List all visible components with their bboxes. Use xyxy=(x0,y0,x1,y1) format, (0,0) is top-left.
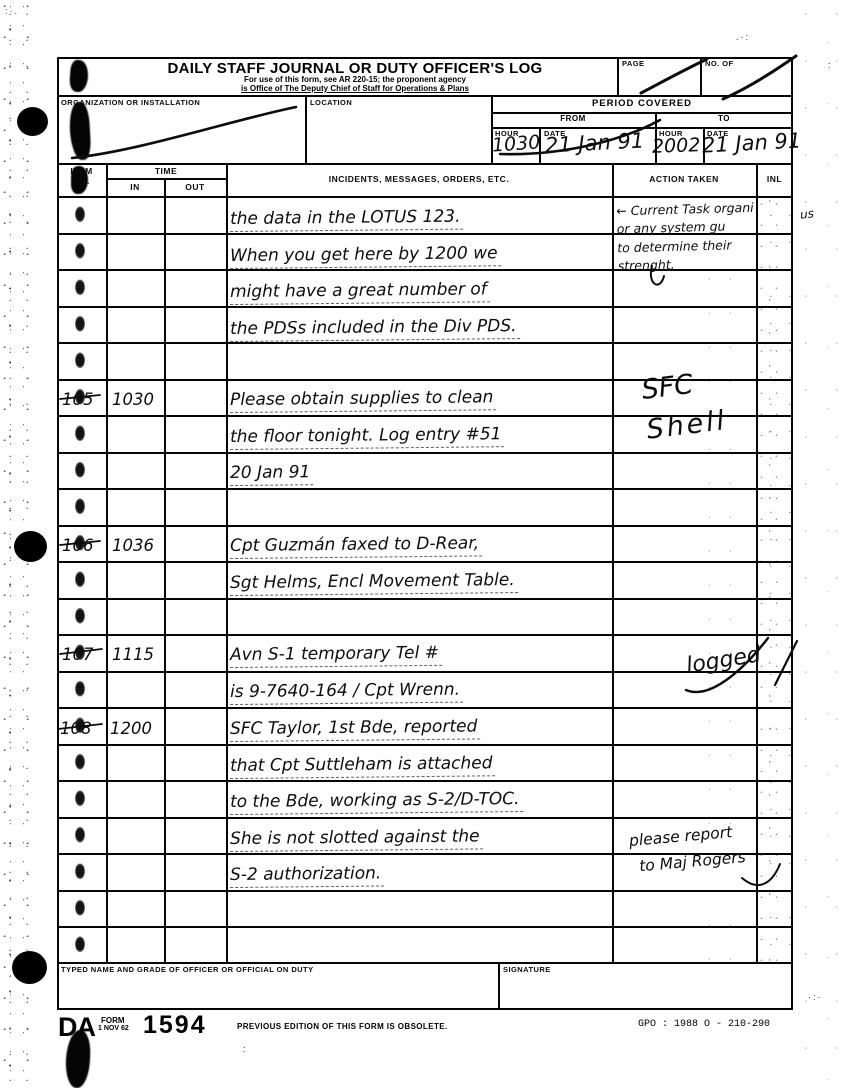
organization-label: ORGANIZATION OR INSTALLATION xyxy=(61,98,200,107)
entry-line: 20 Jan 91 xyxy=(230,449,622,490)
row-separator-line xyxy=(57,926,793,928)
punch-hole xyxy=(14,531,47,562)
to-hour-value: 2002 xyxy=(652,134,701,158)
entry-line: is 9-7640-164 / Cpt Wrenn. xyxy=(230,667,622,708)
entry-line: Avn S-1 temporary Tel # xyxy=(230,631,622,672)
entry-108-time-in: 1200 xyxy=(110,707,162,744)
grid-line xyxy=(164,178,166,962)
entry-line: When you get here by 1200 we xyxy=(230,231,622,272)
entry-line: the PDSs included in the Div PDS. xyxy=(230,304,622,345)
grid-line xyxy=(57,962,793,964)
entry-line: Sgt Helms, Encl Movement Table. xyxy=(230,558,622,599)
action-spill-text: us xyxy=(799,206,814,221)
grid-line xyxy=(617,57,619,95)
scan-noise: ·:· xyxy=(808,992,823,1002)
form-edition-date: 1 NOV 62 xyxy=(98,1025,129,1032)
inl-header: INL xyxy=(756,174,793,184)
entry-108-item: 108 xyxy=(60,707,104,744)
previous-edition-note: PREVIOUS EDITION OF THIS FORM IS OBSOLET… xyxy=(237,1022,448,1031)
form-word-label: FORM xyxy=(101,1016,125,1025)
page-label: PAGE xyxy=(622,59,645,68)
period-covered-label: PERIOD COVERED xyxy=(491,98,793,109)
entry-105-item: 105 xyxy=(62,378,106,415)
time-header: TIME xyxy=(106,166,226,176)
typed-name-label: TYPED NAME AND GRADE OF OFFICER OR OFFIC… xyxy=(61,965,314,974)
entry-line: She is not slotted against the xyxy=(230,814,622,855)
entry-107-text: Avn S-1 temporary Tel # is 9-7640-164 / … xyxy=(230,633,622,706)
form-subtitle-line1: For use of this form, see AR 220-15; the… xyxy=(120,75,590,84)
entry-107-time-in: 1115 xyxy=(112,633,164,670)
item-no-header: ITEM NO. xyxy=(57,166,106,186)
punch-hole xyxy=(12,951,47,984)
scan-noise: : xyxy=(243,1044,248,1054)
incidents-header: INCIDENTS, MESSAGES, ORDERS, ETC. xyxy=(226,174,612,184)
entry-106-time-in: 1036 xyxy=(112,524,164,561)
entry-line: S-2 authorization. xyxy=(230,851,622,892)
entry-105-action: SFC Shell xyxy=(639,361,729,450)
entry-105-time-in: 1030 xyxy=(112,378,164,415)
time-in-header: IN xyxy=(106,182,164,192)
to-label: TO xyxy=(655,114,793,123)
grid-line xyxy=(700,57,702,95)
entry-106-item: 106 xyxy=(62,524,106,561)
gpo-imprint: GPO : 1988 O - 210-290 xyxy=(638,1019,770,1030)
grid-line xyxy=(106,178,226,180)
row-separator-line xyxy=(57,488,793,490)
time-out-header: OUT xyxy=(164,182,226,192)
entry-line: SFC Taylor, 1st Bde, reported xyxy=(230,705,622,746)
scan-noise: :·. xyxy=(5,6,19,16)
entry-107-item: 107 xyxy=(62,633,106,670)
entry-108-text: SFC Taylor, 1st Bde, reported that Cpt S… xyxy=(230,707,622,890)
signature-label: SIGNATURE xyxy=(503,965,551,974)
entry-line: Please obtain supplies to clean xyxy=(230,376,622,417)
da-label: DA xyxy=(58,1012,95,1043)
form-subtitle-line2: is Office of The Deputy Chief of Staff f… xyxy=(120,84,590,93)
action-taken-header: ACTION TAKEN xyxy=(612,174,756,184)
location-label: LOCATION xyxy=(310,98,352,107)
entry-continuation-action: ← Current Task organi or any system gu t… xyxy=(616,198,798,276)
from-label: FROM xyxy=(491,114,655,123)
scan-noise-right-strip xyxy=(798,0,848,1088)
no-of-label: NO. OF xyxy=(705,59,734,68)
grid-line xyxy=(57,163,793,165)
row-separator-line xyxy=(57,598,793,600)
scan-noise: .·: xyxy=(736,32,750,42)
entry-line: the floor tonight. Log entry #51 xyxy=(230,412,622,453)
grid-line xyxy=(57,95,793,97)
row-separator-line xyxy=(57,890,793,892)
form-number: 1594 xyxy=(143,1011,207,1040)
entry-line: the data in the LOTUS 123. xyxy=(230,195,622,236)
scanned-form-page: :·. .·: : : ·:· DAILY STAFF JOURNAL OR D… xyxy=(0,0,848,1088)
entry-line: that Cpt Suttleham is attached xyxy=(230,741,622,782)
punch-hole xyxy=(17,107,48,136)
entry-108-action: please report to Maj Rogers xyxy=(628,818,747,880)
entry-line: to the Bde, working as S-2/D-TOC. xyxy=(230,778,622,819)
entry-line: Cpt Guzmán faxed to D-Rear, xyxy=(230,522,622,563)
scan-noise: : xyxy=(828,60,833,70)
item-label-line1: ITEM xyxy=(70,166,92,176)
entry-105-text: Please obtain supplies to clean the floo… xyxy=(230,378,622,488)
grid-line xyxy=(305,95,307,163)
entry-line: might have a great number of xyxy=(230,268,622,309)
entry-106-text: Cpt Guzmán faxed to D-Rear, Sgt Helms, E… xyxy=(230,524,622,597)
item-label-line2: NO. xyxy=(73,176,90,186)
from-hour-value: 1030 xyxy=(491,131,541,156)
grid-line xyxy=(498,962,500,1010)
entry-continuation-text: the data in the LOTUS 123. When you get … xyxy=(230,197,622,343)
